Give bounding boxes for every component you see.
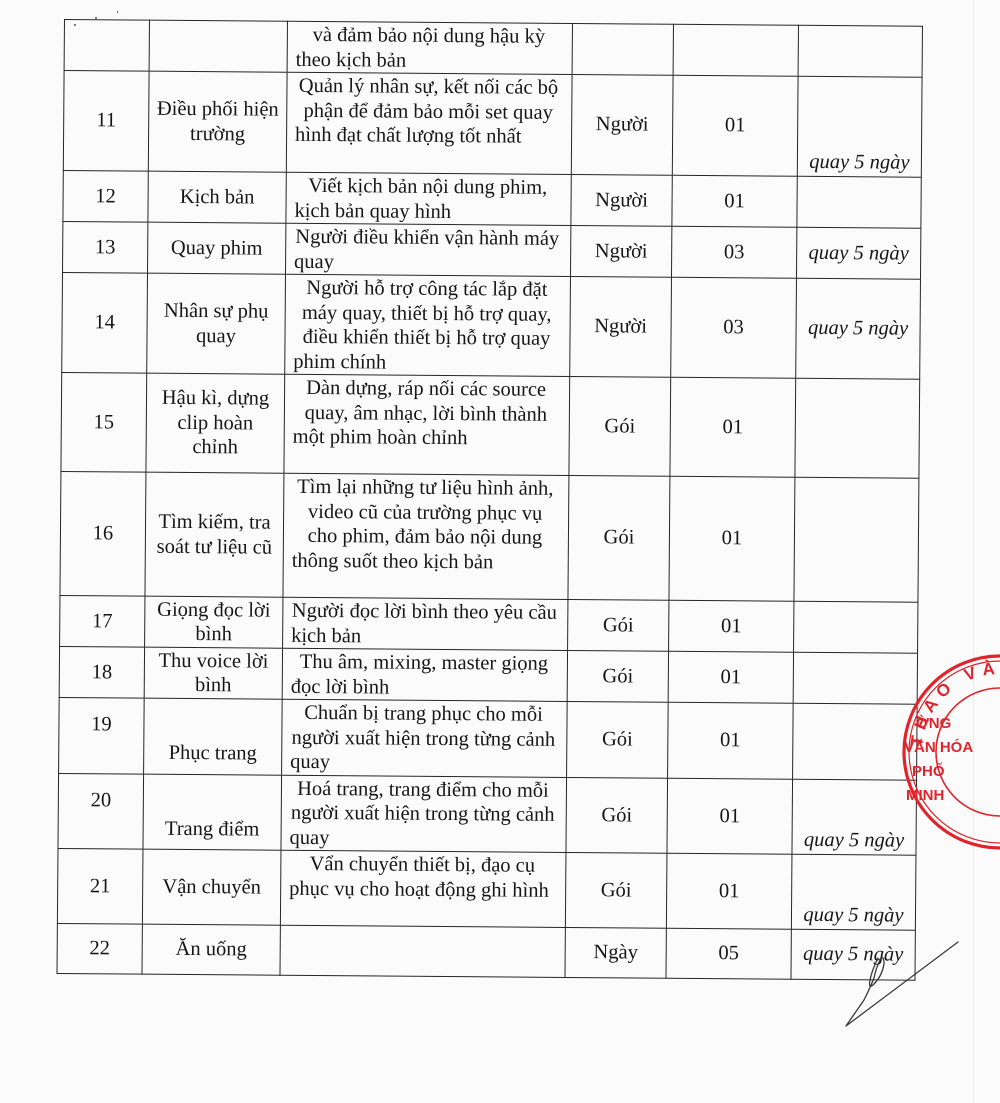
cell-description: Chuẩn bị trang phục cho mỗi người xuất h…	[282, 699, 568, 777]
cell-note	[795, 378, 920, 478]
table-row: 18 Thu voice lời bình Thu âm, mixing, ma…	[59, 646, 917, 704]
scanned-page: và đảm bảo nội dung hậu kỳ theo kịch bản…	[0, 0, 1000, 1103]
table-row: 19 Phục trang Chuẩn bị trang phục cho mỗ…	[59, 697, 918, 779]
cell-note	[798, 25, 922, 77]
cell-description: Thu âm, mixing, master giọng đọc lời bìn…	[282, 648, 567, 701]
cell-note: quay 5 ngày	[796, 227, 920, 279]
cell-stt: 13	[63, 221, 148, 273]
table-row: 12 Kịch bản Viết kịch bản nội dung phim,…	[63, 170, 921, 228]
cell-note	[793, 703, 918, 779]
cell-quantity: 01	[666, 853, 792, 929]
cell-stt: 16	[60, 471, 146, 596]
cell-stt: 21	[57, 848, 143, 924]
table-row: 21 Vận chuyển Vẩn chuyển thiết bị, đạo c…	[57, 848, 916, 930]
cell-quantity: 01	[672, 175, 797, 227]
cell-item: Giọng đọc lời bình	[145, 596, 283, 648]
cell-description: và đảm bảo nội dung hậu kỳ theo kịch bản	[287, 21, 572, 74]
cell-unit: Gói	[567, 701, 669, 777]
cell-unit: Gói	[566, 777, 668, 853]
scan-edge-line	[973, 0, 974, 1103]
cell-stt: 20	[58, 773, 144, 849]
cell-item: Quay phim	[148, 222, 286, 274]
cell-unit: Gói	[565, 852, 667, 928]
cell-item: Điều phối hiện trường	[148, 71, 287, 172]
cell-quantity: 05	[666, 928, 791, 979]
table-row: 16 Tìm kiếm, tra soát tư liệu cũ Tìm lại…	[60, 471, 919, 602]
cell-quantity: 03	[671, 277, 797, 378]
cell-description: Người điều khiển vận hành máy quay	[286, 223, 571, 276]
cell-unit	[572, 23, 673, 75]
svg-text:VĂN HÓA: VĂN HÓA	[904, 738, 973, 756]
cell-item: Kịch bản	[148, 171, 286, 223]
svg-text:MINH: MINH	[906, 787, 944, 804]
cell-quantity: 01	[672, 75, 798, 176]
cell-unit: Người	[570, 276, 672, 377]
cell-note	[797, 176, 921, 228]
svg-text:PHỐ: PHỐ	[912, 762, 945, 780]
cell-description: Hoá trang, trang điểm cho mỗi người xuất…	[281, 775, 567, 853]
table-row: 15 Hậu kì, dựng clip hoàn chỉnh Dàn dựng…	[61, 372, 920, 478]
cell-stt: 15	[61, 372, 147, 472]
cell-item: Ăn uống	[142, 924, 280, 975]
cell-description: Quản lý nhân sự, kết nối các bộ phận để …	[286, 72, 572, 174]
cell-item: Hậu kì, dựng clip hoàn chỉnh	[146, 373, 285, 473]
table-container: và đảm bảo nội dung hậu kỳ theo kịch bản…	[56, 19, 922, 981]
cell-item: Thu voice lời bình	[144, 647, 282, 699]
cell-item: Nhân sự phụ quay	[147, 273, 286, 374]
cell-quantity: 01	[669, 476, 795, 601]
signature-icon	[840, 940, 960, 1030]
cell-description: Người hỗ trợ công tác lắp đặt máy quay, …	[285, 274, 571, 376]
cell-unit: Người	[571, 174, 672, 226]
cell-quantity	[673, 24, 798, 76]
cell-quantity: 03	[671, 226, 796, 278]
cell-note	[794, 477, 919, 602]
table-row: và đảm bảo nội dung hậu kỳ theo kịch bản	[64, 20, 922, 78]
cell-unit: Gói	[568, 599, 669, 651]
table-row: 13 Quay phim Người điều khiển vận hành m…	[63, 221, 921, 279]
cell-note: quay 5 ngày	[792, 779, 917, 855]
cell-item: Tìm kiếm, tra soát tư liệu cũ	[145, 472, 284, 597]
cell-note	[794, 601, 918, 653]
cell-stt: 19	[59, 697, 145, 773]
cell-note	[793, 652, 917, 704]
cell-description	[280, 925, 565, 977]
cell-quantity: 01	[668, 651, 793, 703]
table-row: 22 Ăn uống Ngày 05 quay 5 ngày	[57, 923, 915, 980]
cell-stt: 11	[63, 71, 149, 172]
cell-unit: Gói	[569, 376, 671, 476]
official-stamp-icon: THAO VÀ DU LỊCH ỜNG VĂN HÓA PHỐ MINH	[900, 652, 1000, 852]
cell-unit: Người	[570, 225, 671, 277]
table-row: 11 Điều phối hiện trường Quản lý nhân sự…	[63, 71, 922, 178]
cell-stt: 22	[57, 923, 142, 974]
cell-stt: 12	[63, 170, 148, 222]
table-row: 20 Trang điểm Hoá trang, trang điểm cho …	[58, 773, 917, 855]
cell-description: Người đọc lời bình theo yêu cầu kịch bản	[283, 597, 568, 650]
cell-item: Phục trang	[144, 698, 283, 775]
cell-description: Vẩn chuyển thiết bị, đạo cụ phục vụ cho …	[280, 850, 566, 927]
cost-table: và đảm bảo nội dung hậu kỳ theo kịch bản…	[56, 19, 922, 981]
cell-description: Tìm lại những tư liệu hình ảnh, video cũ…	[283, 473, 569, 599]
cell-quantity: 01	[669, 600, 794, 652]
cell-item: Trang điểm	[143, 774, 282, 851]
cell-unit: Ngày	[565, 927, 666, 978]
table-row: 14 Nhân sự phụ quay Người hỗ trợ công tá…	[62, 272, 921, 379]
cell-stt: 18	[59, 646, 144, 698]
cell-quantity: 01	[668, 702, 794, 778]
cell-unit: Gói	[567, 650, 668, 702]
cell-note: quay 5 ngày	[796, 278, 921, 379]
cell-stt: 17	[60, 595, 145, 647]
cell-item	[149, 20, 287, 72]
cell-note: quay 5 ngày	[791, 854, 916, 930]
svg-text:ỜNG: ỜNG	[916, 714, 951, 732]
cell-item: Vận chuyển	[142, 849, 281, 925]
cell-description: Dàn dựng, ráp nối các source quay, âm nh…	[284, 374, 570, 475]
cell-unit: Gói	[568, 475, 670, 600]
scan-speck	[117, 11, 118, 13]
cell-stt: 14	[62, 272, 148, 373]
cell-quantity: 01	[670, 377, 796, 477]
cell-unit: Người	[571, 74, 673, 175]
cell-stt	[64, 20, 149, 72]
cell-quantity: 01	[667, 778, 793, 854]
cell-description: Viết kịch bản nội dung phim, kịch bản qu…	[286, 172, 571, 225]
table-row: 17 Giọng đọc lời bình Người đọc lời bình…	[60, 595, 918, 653]
cell-note: quay 5 ngày	[797, 76, 922, 177]
